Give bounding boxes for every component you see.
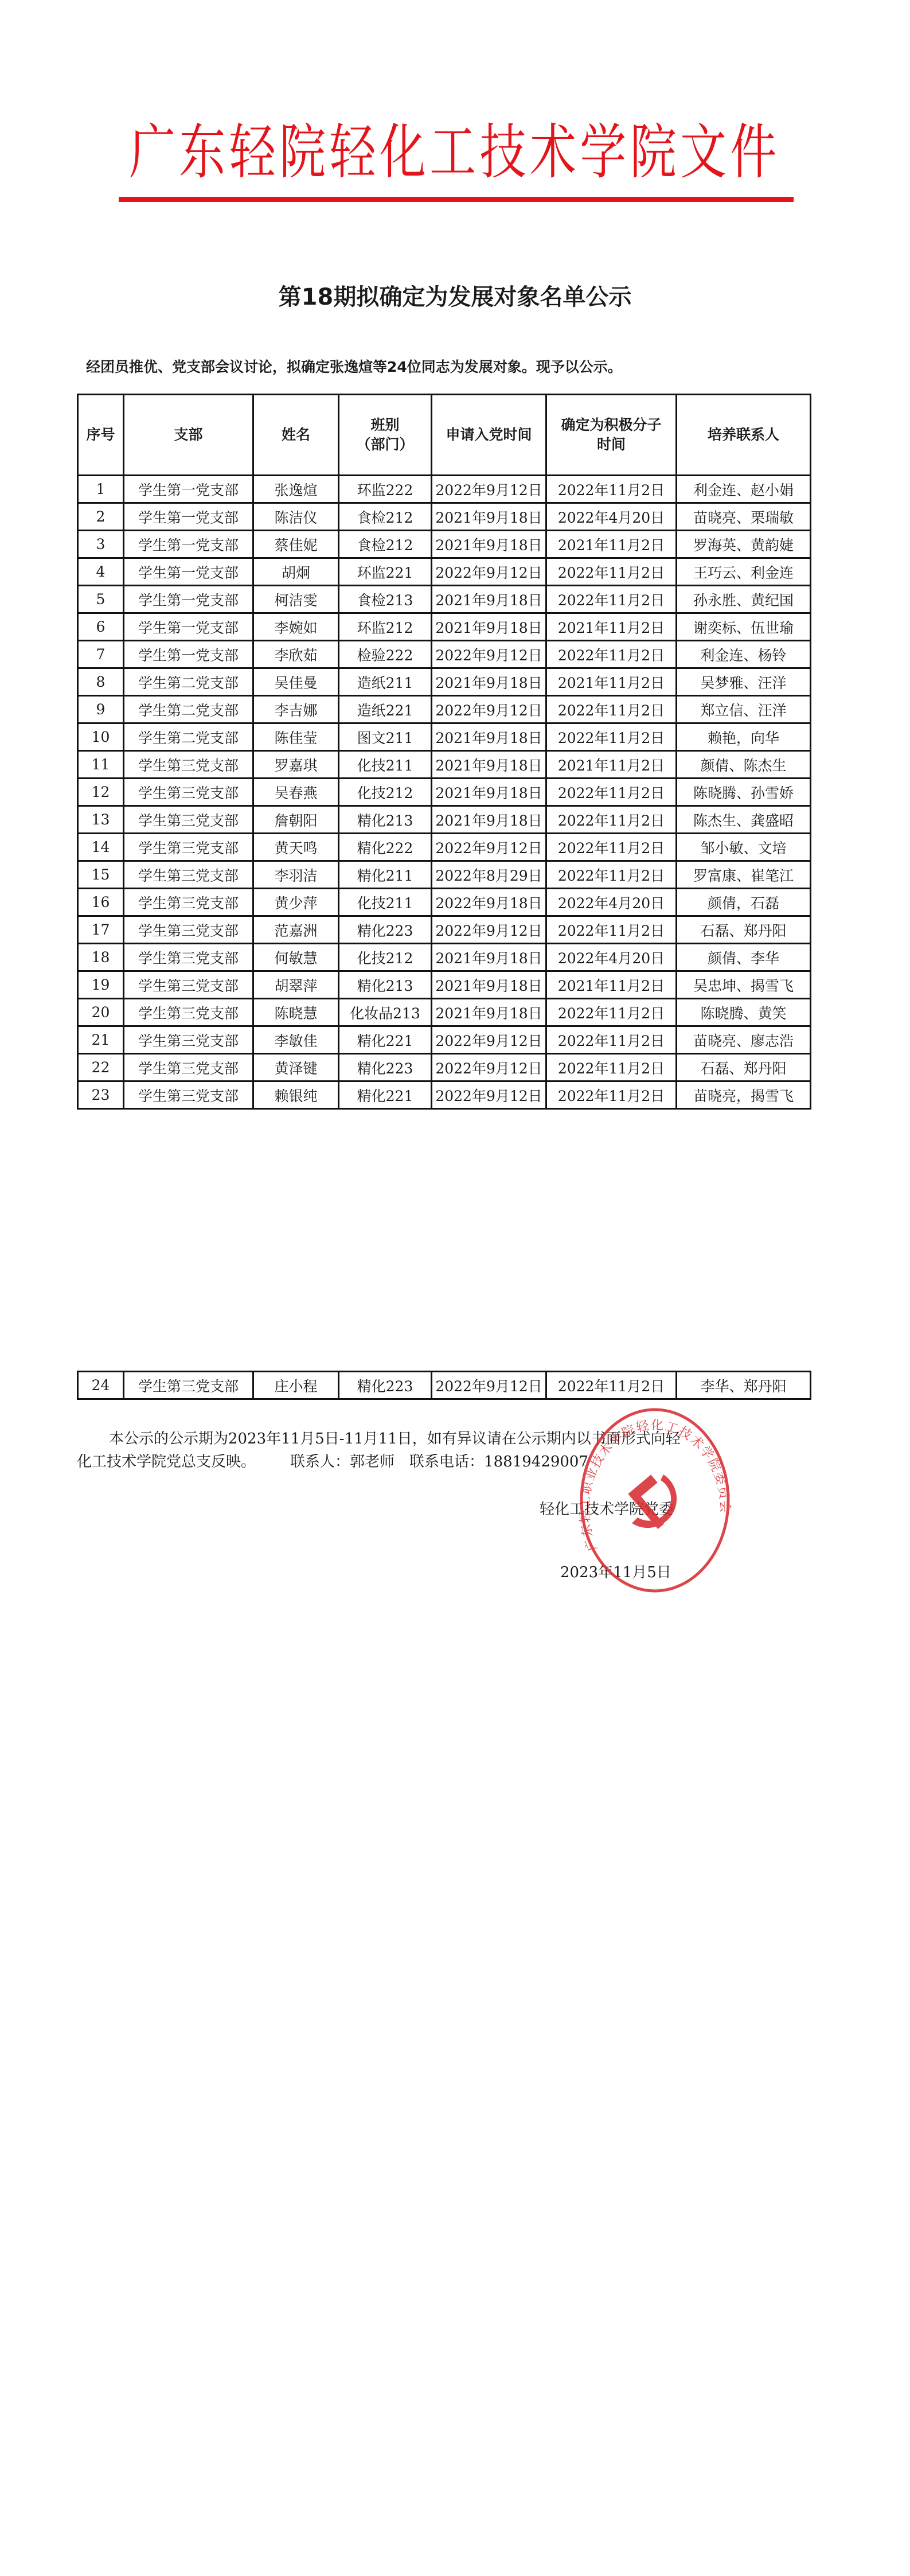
cell-apply-date: 2022年8月29日 — [432, 861, 546, 889]
cell-activist-date: 2022年11月2日 — [546, 1054, 677, 1081]
cell-contacts: 颜倩、李华 — [677, 944, 811, 971]
cell-branch: 学生第三党支部 — [124, 971, 253, 999]
cell-activist-date: 2022年11月2日 — [546, 558, 677, 586]
cell-contacts: 李华、郑丹阳 — [677, 1372, 811, 1399]
cell-branch: 学生第三党支部 — [124, 1372, 253, 1399]
cell-apply-date: 2022年9月12日 — [432, 558, 546, 586]
cell-activist-date: 2022年11月2日 — [546, 1026, 677, 1054]
cell-class: 食检213 — [339, 586, 432, 613]
cell-index: 19 — [78, 971, 124, 999]
cell-name: 何敏慧 — [253, 944, 339, 971]
cell-contacts: 利金连、赵小娟 — [677, 476, 811, 503]
cell-activist-date: 2022年4月20日 — [546, 889, 677, 916]
cell-apply-date: 2021年9月18日 — [432, 779, 546, 806]
cell-branch: 学生第三党支部 — [124, 1054, 253, 1081]
signature-org: 轻化工技术学院党委 — [540, 1497, 674, 1519]
table-row: 6学生第一党支部李婉如环监2122021年9月18日2021年11月2日谢奕标、… — [78, 613, 811, 641]
cell-branch: 学生第三党支部 — [124, 751, 253, 779]
cell-name: 陈晓慧 — [253, 999, 339, 1026]
cell-name: 李吉娜 — [253, 696, 339, 723]
table-row: 22学生第三党支部黄泽键精化2232022年9月12日2022年11月2日石磊、… — [78, 1054, 811, 1081]
table-row: 2学生第一党支部陈洁仪食检2122021年9月18日2022年4月20日苗晓亮、… — [78, 503, 811, 531]
cell-activist-date: 2022年11月2日 — [546, 834, 677, 861]
cell-name: 陈佳莹 — [253, 723, 339, 751]
table-row: 7学生第一党支部李欣茹检验2222022年9月12日2022年11月2日利金连、… — [78, 641, 811, 668]
cell-index: 10 — [78, 723, 124, 751]
page-title: 第18期拟确定为发展对象名单公示 — [0, 279, 910, 312]
cell-apply-date: 2022年9月12日 — [432, 834, 546, 861]
candidate-table: 序号 支部 姓名 班别（部门） 申请入党时间 确定为积极分子时间 培养联系人 1… — [77, 394, 811, 1110]
cell-activist-date: 2022年11月2日 — [546, 999, 677, 1026]
table-row: 10学生第二党支部陈佳莹图文2112021年9月18日2022年11月2日赖艳，… — [78, 723, 811, 751]
cell-apply-date: 2021年9月18日 — [432, 531, 546, 558]
candidate-table-continued: 24学生第三党支部庄小程精化2232022年9月12日2022年11月2日李华、… — [77, 1371, 811, 1400]
header-activist-date: 确定为积极分子时间 — [546, 395, 677, 476]
cell-branch: 学生第一党支部 — [124, 586, 253, 613]
cell-contacts: 罗海英、黄韵婕 — [677, 531, 811, 558]
cell-name: 蔡佳妮 — [253, 531, 339, 558]
cell-apply-date: 2021年9月18日 — [432, 999, 546, 1026]
cell-branch: 学生第一党支部 — [124, 641, 253, 668]
header-class-line2: （部门） — [356, 436, 413, 453]
cell-class: 化技211 — [339, 889, 432, 916]
cell-name: 黄天鸣 — [253, 834, 339, 861]
cell-activist-date: 2022年4月20日 — [546, 944, 677, 971]
table-row: 24学生第三党支部庄小程精化2232022年9月12日2022年11月2日李华、… — [78, 1372, 811, 1399]
table-row: 21学生第三党支部李敏佳精化2212022年9月12日2022年11月2日苗晓亮… — [78, 1026, 811, 1054]
cell-branch: 学生第二党支部 — [124, 723, 253, 751]
cell-activist-date: 2022年11月2日 — [546, 696, 677, 723]
cell-index: 22 — [78, 1054, 124, 1081]
contact-phone: 联系电话：18819429007 — [409, 1453, 588, 1470]
cell-contacts: 吴梦雅、汪洋 — [677, 668, 811, 696]
table-row: 12学生第三党支部吴春燕化技2122021年9月18日2022年11月2日陈晓腾… — [78, 779, 811, 806]
cell-name: 吴佳曼 — [253, 668, 339, 696]
header-activist-line1: 确定为积极分子 — [561, 417, 661, 433]
cell-branch: 学生第三党支部 — [124, 1026, 253, 1054]
cell-class: 精化213 — [339, 806, 432, 834]
cell-name: 胡炯 — [253, 558, 339, 586]
cell-apply-date: 2021年9月18日 — [432, 944, 546, 971]
cell-class: 精化223 — [339, 916, 432, 944]
cell-activist-date: 2021年11月2日 — [546, 613, 677, 641]
document-masthead: 广东轻院轻化工技术学院文件 — [129, 112, 778, 192]
cell-name: 罗嘉琪 — [253, 751, 339, 779]
cell-name: 李羽洁 — [253, 861, 339, 889]
signature-date: 2023年11月5日 — [560, 1561, 671, 1582]
table-row: 17学生第三党支部范嘉洲精化2232022年9月12日2022年11月2日石磊、… — [78, 916, 811, 944]
header-branch: 支部 — [124, 395, 253, 476]
table-row: 9学生第二党支部李吉娜造纸2212022年9月12日2022年11月2日郑立信、… — [78, 696, 811, 723]
contact-person: 联系人：郭老师 — [290, 1453, 395, 1470]
cell-contacts: 石磊、郑丹阳 — [677, 916, 811, 944]
cell-apply-date: 2021年9月18日 — [432, 503, 546, 531]
cell-name: 吴春燕 — [253, 779, 339, 806]
table-row: 20学生第三党支部陈晓慧化妆品2132021年9月18日2022年11月2日陈晓… — [78, 999, 811, 1026]
cell-contacts: 陈杰生、龚盛昭 — [677, 806, 811, 834]
header-activist-line2: 时间 — [597, 436, 626, 453]
cell-activist-date: 2022年4月20日 — [546, 503, 677, 531]
cell-index: 21 — [78, 1026, 124, 1054]
cell-class: 环监222 — [339, 476, 432, 503]
cell-apply-date: 2022年9月18日 — [432, 889, 546, 916]
cell-class: 造纸211 — [339, 668, 432, 696]
cell-class: 精化221 — [339, 1026, 432, 1054]
notice-paragraph: 本公示的公示期为2023年11月5日-11月11日，如有异议请在公示期内以书面形… — [77, 1427, 848, 1473]
cell-name: 黄少萍 — [253, 889, 339, 916]
notice-line2: 化工技术学院党总支反映。 — [77, 1453, 256, 1470]
cell-class: 精化222 — [339, 834, 432, 861]
cell-contacts: 石磊、郑丹阳 — [677, 1054, 811, 1081]
cell-index: 6 — [78, 613, 124, 641]
header-class: 班别（部门） — [339, 395, 432, 476]
cell-branch: 学生第三党支部 — [124, 916, 253, 944]
intro-paragraph: 经团员推优、党支部会议讨论，拟确定张逸煊等24位同志为发展对象。现予以公示。 — [86, 356, 849, 376]
cell-branch: 学生第一党支部 — [124, 531, 253, 558]
table-row: 15学生第三党支部李羽洁精化2112022年8月29日2022年11月2日罗富康… — [78, 861, 811, 889]
cell-index: 13 — [78, 806, 124, 834]
table-row: 11学生第三党支部罗嘉琪化技2112021年9月18日2021年11月2日颜倩、… — [78, 751, 811, 779]
cell-branch: 学生第三党支部 — [124, 1081, 253, 1109]
cell-name: 李敏佳 — [253, 1026, 339, 1054]
table-row: 18学生第三党支部何敏慧化技2122021年9月18日2022年4月20日颜倩、… — [78, 944, 811, 971]
cell-class: 检验222 — [339, 641, 432, 668]
cell-apply-date: 2022年9月12日 — [432, 916, 546, 944]
cell-class: 食检212 — [339, 531, 432, 558]
cell-activist-date: 2022年11月2日 — [546, 779, 677, 806]
table-row: 16学生第三党支部黄少萍化技2112022年9月18日2022年4月20日颜倩，… — [78, 889, 811, 916]
cell-name: 胡翠萍 — [253, 971, 339, 999]
cell-apply-date: 2021年9月18日 — [432, 806, 546, 834]
cell-class: 化技211 — [339, 751, 432, 779]
cell-class: 化技212 — [339, 779, 432, 806]
cell-index: 17 — [78, 916, 124, 944]
cell-name: 张逸煊 — [253, 476, 339, 503]
cell-contacts: 苗晓亮、廖志浩 — [677, 1026, 811, 1054]
cell-index: 9 — [78, 696, 124, 723]
cell-index: 14 — [78, 834, 124, 861]
cell-contacts: 陈晓腾、黄笑 — [677, 999, 811, 1026]
cell-class: 精化223 — [339, 1054, 432, 1081]
cell-apply-date: 2021年9月18日 — [432, 586, 546, 613]
cell-branch: 学生第三党支部 — [124, 834, 253, 861]
cell-apply-date: 2022年9月12日 — [432, 1054, 546, 1081]
cell-class: 精化211 — [339, 861, 432, 889]
table-row: 1学生第一党支部张逸煊环监2222022年9月12日2022年11月2日利金连、… — [78, 476, 811, 503]
cell-activist-date: 2021年11月2日 — [546, 751, 677, 779]
cell-class: 环监221 — [339, 558, 432, 586]
cell-apply-date: 2021年9月18日 — [432, 613, 546, 641]
cell-contacts: 苗晓亮、栗瑞敏 — [677, 503, 811, 531]
cell-index: 18 — [78, 944, 124, 971]
cell-apply-date: 2022年9月12日 — [432, 1026, 546, 1054]
table-row: 3学生第一党支部蔡佳妮食检2122021年9月18日2021年11月2日罗海英、… — [78, 531, 811, 558]
cell-contacts: 谢奕标、伍世瑜 — [677, 613, 811, 641]
cell-branch: 学生第三党支部 — [124, 779, 253, 806]
masthead-divider — [119, 197, 794, 202]
cell-contacts: 罗富康、崔笔江 — [677, 861, 811, 889]
table-header-row: 序号 支部 姓名 班别（部门） 申请入党时间 确定为积极分子时间 培养联系人 — [78, 395, 811, 476]
cell-index: 5 — [78, 586, 124, 613]
cell-activist-date: 2022年11月2日 — [546, 1081, 677, 1109]
cell-index: 4 — [78, 558, 124, 586]
cell-class: 化技212 — [339, 944, 432, 971]
cell-index: 24 — [78, 1372, 124, 1399]
cell-index: 11 — [78, 751, 124, 779]
table-row: 19学生第三党支部胡翠萍精化2132021年9月18日2021年11月2日吴忠坤… — [78, 971, 811, 999]
cell-branch: 学生第一党支部 — [124, 613, 253, 641]
cell-activist-date: 2022年11月2日 — [546, 476, 677, 503]
cell-index: 12 — [78, 779, 124, 806]
cell-index: 15 — [78, 861, 124, 889]
cell-class: 环监212 — [339, 613, 432, 641]
cell-name: 柯洁雯 — [253, 586, 339, 613]
cell-name: 李欣茹 — [253, 641, 339, 668]
cell-index: 2 — [78, 503, 124, 531]
header-contacts: 培养联系人 — [677, 395, 811, 476]
cell-contacts: 王巧云、利金连 — [677, 558, 811, 586]
cell-index: 8 — [78, 668, 124, 696]
table-row: 4学生第一党支部胡炯环监2212022年9月12日2022年11月2日王巧云、利… — [78, 558, 811, 586]
cell-contacts: 利金连、杨铃 — [677, 641, 811, 668]
cell-activist-date: 2022年11月2日 — [546, 1372, 677, 1399]
cell-branch: 学生第三党支部 — [124, 806, 253, 834]
cell-branch: 学生第三党支部 — [124, 889, 253, 916]
notice-line1: 本公示的公示期为2023年11月5日-11月11日，如有异议请在公示期内以书面形… — [109, 1430, 681, 1447]
cell-apply-date: 2022年9月12日 — [432, 1081, 546, 1109]
cell-contacts: 邹小敏、文培 — [677, 834, 811, 861]
cell-apply-date: 2022年9月12日 — [432, 1372, 546, 1399]
cell-apply-date: 2021年9月18日 — [432, 723, 546, 751]
table-row: 5学生第一党支部柯洁雯食检2132021年9月18日2022年11月2日孙永胜、… — [78, 586, 811, 613]
header-index: 序号 — [78, 395, 124, 476]
cell-name: 庄小程 — [253, 1372, 339, 1399]
header-class-line1: 班别 — [370, 417, 399, 433]
cell-name: 詹朝阳 — [253, 806, 339, 834]
cell-branch: 学生第三党支部 — [124, 861, 253, 889]
cell-activist-date: 2022年11月2日 — [546, 806, 677, 834]
table-row: 13学生第三党支部詹朝阳精化2132021年9月18日2022年11月2日陈杰生… — [78, 806, 811, 834]
cell-apply-date: 2022年9月12日 — [432, 641, 546, 668]
table-row: 14学生第三党支部黄天鸣精化2222022年9月12日2022年11月2日邹小敏… — [78, 834, 811, 861]
cell-branch: 学生第一党支部 — [124, 503, 253, 531]
cell-class: 化妆品213 — [339, 999, 432, 1026]
cell-apply-date: 2022年9月12日 — [432, 696, 546, 723]
table-row: 8学生第二党支部吴佳曼造纸2112021年9月18日2021年11月2日吴梦雅、… — [78, 668, 811, 696]
cell-apply-date: 2021年9月18日 — [432, 971, 546, 999]
cell-contacts: 颜倩、陈杰生 — [677, 751, 811, 779]
cell-apply-date: 2022年9月12日 — [432, 476, 546, 503]
cell-contacts: 孙永胜、黄纪国 — [677, 586, 811, 613]
cell-contacts: 颜倩，石磊 — [677, 889, 811, 916]
cell-activist-date: 2022年11月2日 — [546, 586, 677, 613]
cell-class: 精化221 — [339, 1081, 432, 1109]
cell-name: 陈洁仪 — [253, 503, 339, 531]
header-apply-date: 申请入党时间 — [432, 395, 546, 476]
cell-class: 食检212 — [339, 503, 432, 531]
cell-contacts: 赖艳，向华 — [677, 723, 811, 751]
cell-branch: 学生第二党支部 — [124, 668, 253, 696]
cell-apply-date: 2021年9月18日 — [432, 751, 546, 779]
cell-index: 7 — [78, 641, 124, 668]
cell-activist-date: 2021年11月2日 — [546, 531, 677, 558]
cell-branch: 学生第一党支部 — [124, 558, 253, 586]
cell-index: 23 — [78, 1081, 124, 1109]
cell-name: 赖银纯 — [253, 1081, 339, 1109]
cell-apply-date: 2021年9月18日 — [432, 668, 546, 696]
cell-activist-date: 2021年11月2日 — [546, 971, 677, 999]
cell-class: 图文211 — [339, 723, 432, 751]
cell-contacts: 吴忠坤、揭雪飞 — [677, 971, 811, 999]
cell-name: 李婉如 — [253, 613, 339, 641]
cell-branch: 学生第三党支部 — [124, 944, 253, 971]
cell-index: 16 — [78, 889, 124, 916]
cell-name: 黄泽键 — [253, 1054, 339, 1081]
cell-class: 精化223 — [339, 1372, 432, 1399]
cell-name: 范嘉洲 — [253, 916, 339, 944]
cell-branch: 学生第一党支部 — [124, 476, 253, 503]
cell-activist-date: 2022年11月2日 — [546, 916, 677, 944]
cell-contacts: 郑立信、汪洋 — [677, 696, 811, 723]
cell-class: 精化213 — [339, 971, 432, 999]
cell-index: 3 — [78, 531, 124, 558]
cell-contacts: 苗晓亮，揭雪飞 — [677, 1081, 811, 1109]
table-row: 23学生第三党支部赖银纯精化2212022年9月12日2022年11月2日苗晓亮… — [78, 1081, 811, 1109]
cell-class: 造纸221 — [339, 696, 432, 723]
cell-activist-date: 2022年11月2日 — [546, 861, 677, 889]
cell-branch: 学生第二党支部 — [124, 696, 253, 723]
cell-contacts: 陈晓腾、孙雪娇 — [677, 779, 811, 806]
cell-activist-date: 2022年11月2日 — [546, 641, 677, 668]
cell-index: 20 — [78, 999, 124, 1026]
cell-index: 1 — [78, 476, 124, 503]
cell-activist-date: 2022年11月2日 — [546, 723, 677, 751]
cell-branch: 学生第三党支部 — [124, 999, 253, 1026]
cell-activist-date: 2021年11月2日 — [546, 668, 677, 696]
header-name: 姓名 — [253, 395, 339, 476]
